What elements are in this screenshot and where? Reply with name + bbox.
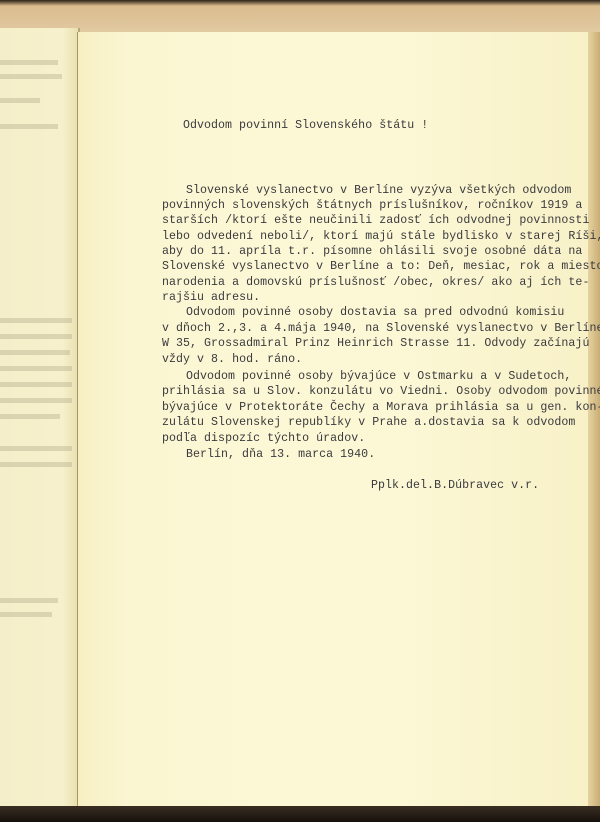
text-line: lebo odvedení neboli/, ktorí majú stále …: [162, 229, 600, 244]
text-line: povinných slovenských štátnych príslušní…: [162, 198, 582, 213]
date-line: Berlín, dňa 13. marca 1940.: [186, 447, 375, 462]
text-line: podľa dispozíc týchto úradov.: [162, 431, 365, 446]
page-edge: [588, 32, 600, 806]
text-line: Slovenské vyslanectvo v Berlíne vyzýva v…: [162, 183, 571, 198]
text-line: Odvodom povinné osoby dostavia sa pred o…: [162, 305, 564, 320]
text-line: Odvodom povinné osoby bývajúce v Ostmark…: [162, 369, 571, 384]
text-line: v dňoch 2.,3. a 4.mája 1940, na Slovensk…: [162, 321, 600, 336]
text-line: rajšiu adresu.: [162, 290, 260, 305]
text-line: zulátu Slovenskej republíky v Prahe a.do…: [162, 415, 575, 430]
text-line: prihlásia sa u Slov. konzulátu vo Viedni…: [162, 384, 600, 399]
text-line: vždy v 8. hod. ráno.: [162, 352, 302, 367]
text-line: bývajúce v Protektoráte Čechy a Morava p…: [162, 400, 600, 415]
document-title: Odvodom povinní Slovenského štátu !: [183, 118, 428, 133]
scan-top-shadow: [0, 0, 600, 6]
text-line: Slovenské vyslanectvo v Berlíne a to: De…: [162, 259, 600, 274]
text-line: aby do 11. apríla t.r. písomne ohlásili …: [162, 244, 582, 259]
text-line: narodenia a domovskú príslušnosť /obec, …: [162, 275, 589, 290]
underlying-page: [0, 28, 80, 806]
text-line: starších /ktorí ešte neučinili zadosť íc…: [162, 213, 589, 228]
scan-bottom-edge: [0, 806, 600, 822]
text-line: W 35, Grossadmiral Prinz Heinrich Strass…: [162, 336, 589, 351]
signature: Pplk.del.B.Dúbravec v.r.: [371, 478, 539, 493]
